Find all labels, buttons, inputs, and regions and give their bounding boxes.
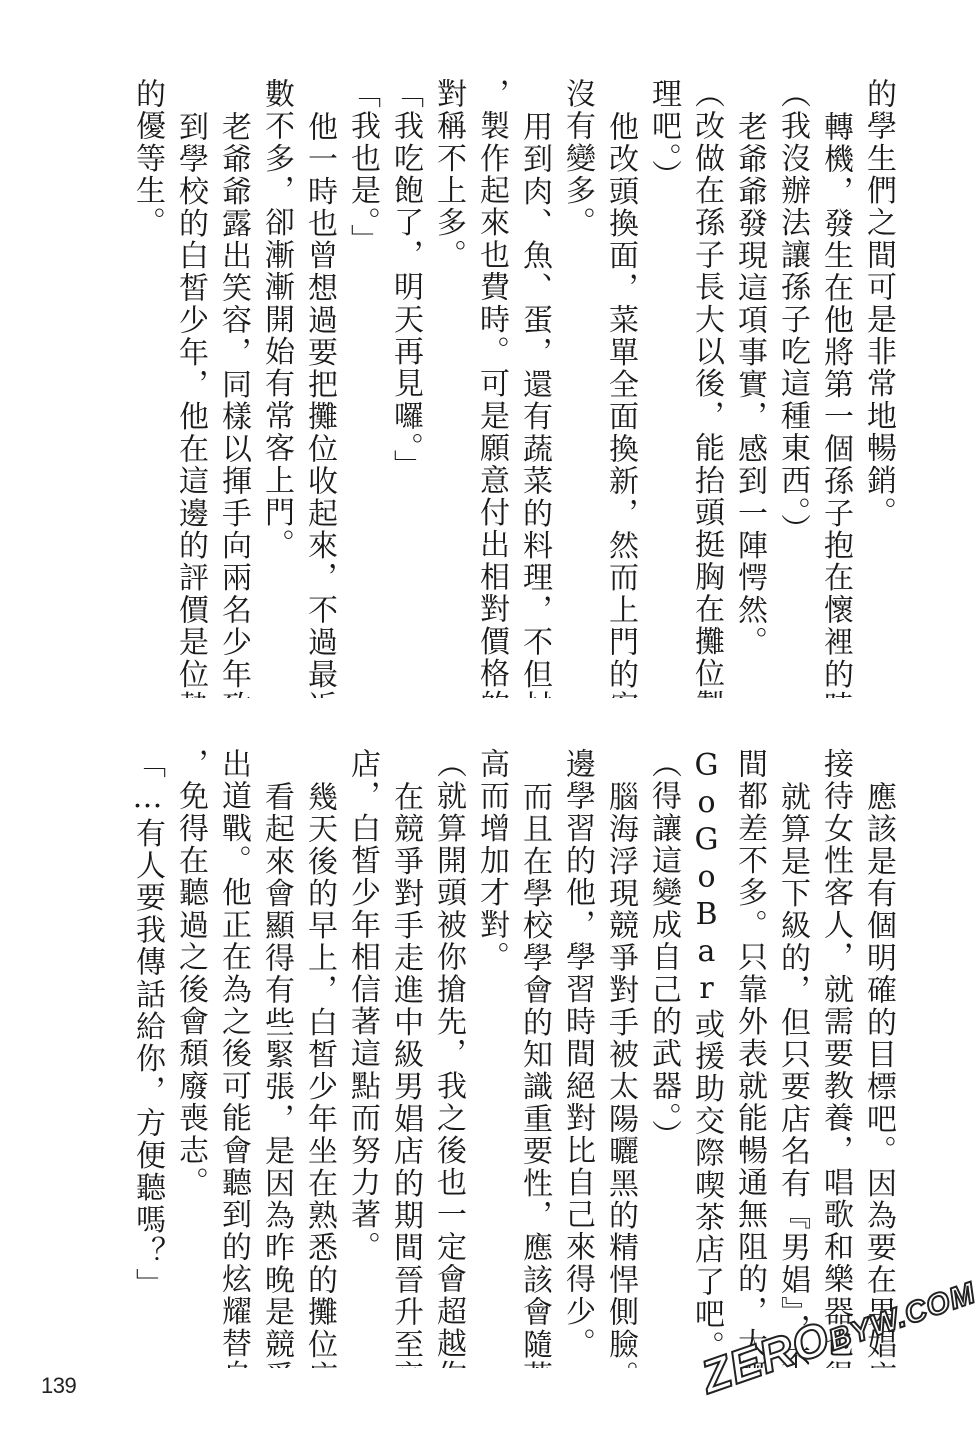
text-column: 「我也是。」 [341,78,384,698]
text-column: ，免得在聽過之後會頹廢喪志。 [169,748,212,1368]
text-column: 出道戰。他正在為之後可能會聽到的炫耀替自己打氣 [212,748,255,1368]
text-column: （我沒辦法讓孫子吃這種東西。） [771,78,814,698]
text-column: 邊學習的他，學習時間絕對比自己來得少。 [556,748,599,1368]
page-number: 139 [41,1373,76,1399]
text-column: 他改頭換面，菜單全面換新，然而上門的客人完全 [599,78,642,698]
text-column: （改做在孫子長大以後，能抬頭挺胸在攤位製作的料 [685,78,728,698]
text-column: （就算開頭被你搶先，我之後也一定會超越你。） [427,748,470,1368]
text-column: 他一時也曾想過要把攤位收起來，不過最近雖然人 [298,78,341,698]
text-column: 幾天後的早上，白皙少年坐在熟悉的攤位座位上。 [298,748,341,1368]
text-column: GoGoBar或援助交際喫茶店了吧。 [685,748,728,1368]
text-column: 轉機，發生在他將第一個孫子抱在懷裡的時候。 [814,78,857,698]
text-column: （得讓這變成自己的武器。） [642,748,685,1368]
text-column: 理吧。） [642,78,685,698]
text-column: 對稱不上多。 [427,78,470,698]
text-column: 沒有變多。 [556,78,599,698]
text-column: 應該是有個明確的目標吧。因為要在男娼店工作， [857,748,900,1368]
text-block-top: 的學生們之間可是非常地暢銷。 轉機，發生在他將第一個孫子抱在懷裡的時候。 （我沒… [70,78,900,698]
text-column: 數不多，卻漸漸開始有常客上門。 [255,78,298,698]
text-block-bottom: 應該是有個明確的目標吧。因為要在男娼店工作， 接待女性客人，就需要教養，唱歌和樂… [70,748,900,1368]
text-column: 「我吃飽了，明天再見囉。」 [384,78,427,698]
text-column: 「…有人要我傳話給你，方便聽嗎？」 [126,748,169,1368]
text-column: 到學校的白皙少年，他在這邊的評價是位熱心向學 [169,78,212,698]
book-page: 的學生們之間可是非常地暢銷。 轉機，發生在他將第一個孫子抱在懷裡的時候。 （我沒… [0,0,980,1446]
text-column: ，製作起來也費時。可是願意付出相對價格的人，絕 [470,78,513,698]
text-column: 老爺爺露出笑容，同樣以揮手向兩名少年致意。 [212,78,255,698]
text-column: 接待女性客人，就需要教養，唱歌和樂器也很重要。 [814,748,857,1368]
text-column: 用到肉、魚、蛋，還有蔬菜的料理，不但材料偏貴 [513,78,556,698]
text-column: 就算是下級的，但只要店名有『男娼』，不管哪一 [771,748,814,1368]
text-column: 老爺爺發現這項事實，感到一陣愕然。 [728,78,771,698]
text-column: 店，白皙少年相信著這點而努力著。 [341,748,384,1368]
text-column: 而且在學校學會的知識重要性，應該會隨著客群提 [513,748,556,1368]
text-column: 間都差不多。只靠外表就能暢通無阻的，大概就只有 [728,748,771,1368]
text-column: 的學生們之間可是非常地暢銷。 [857,78,900,698]
text-column: 高而增加才對。 [470,748,513,1368]
text-column: 腦海浮現競爭對手被太陽曬黑的精悍側臉。邊工作 [599,748,642,1368]
text-column: 在競爭對手走進中級男娼店的期間晉升至高級男娼 [384,748,427,1368]
text-column: 的優等生。 [126,78,169,698]
text-column: 看起來會顯得有些緊張，是因為昨晚是競爭對手的 [255,748,298,1368]
